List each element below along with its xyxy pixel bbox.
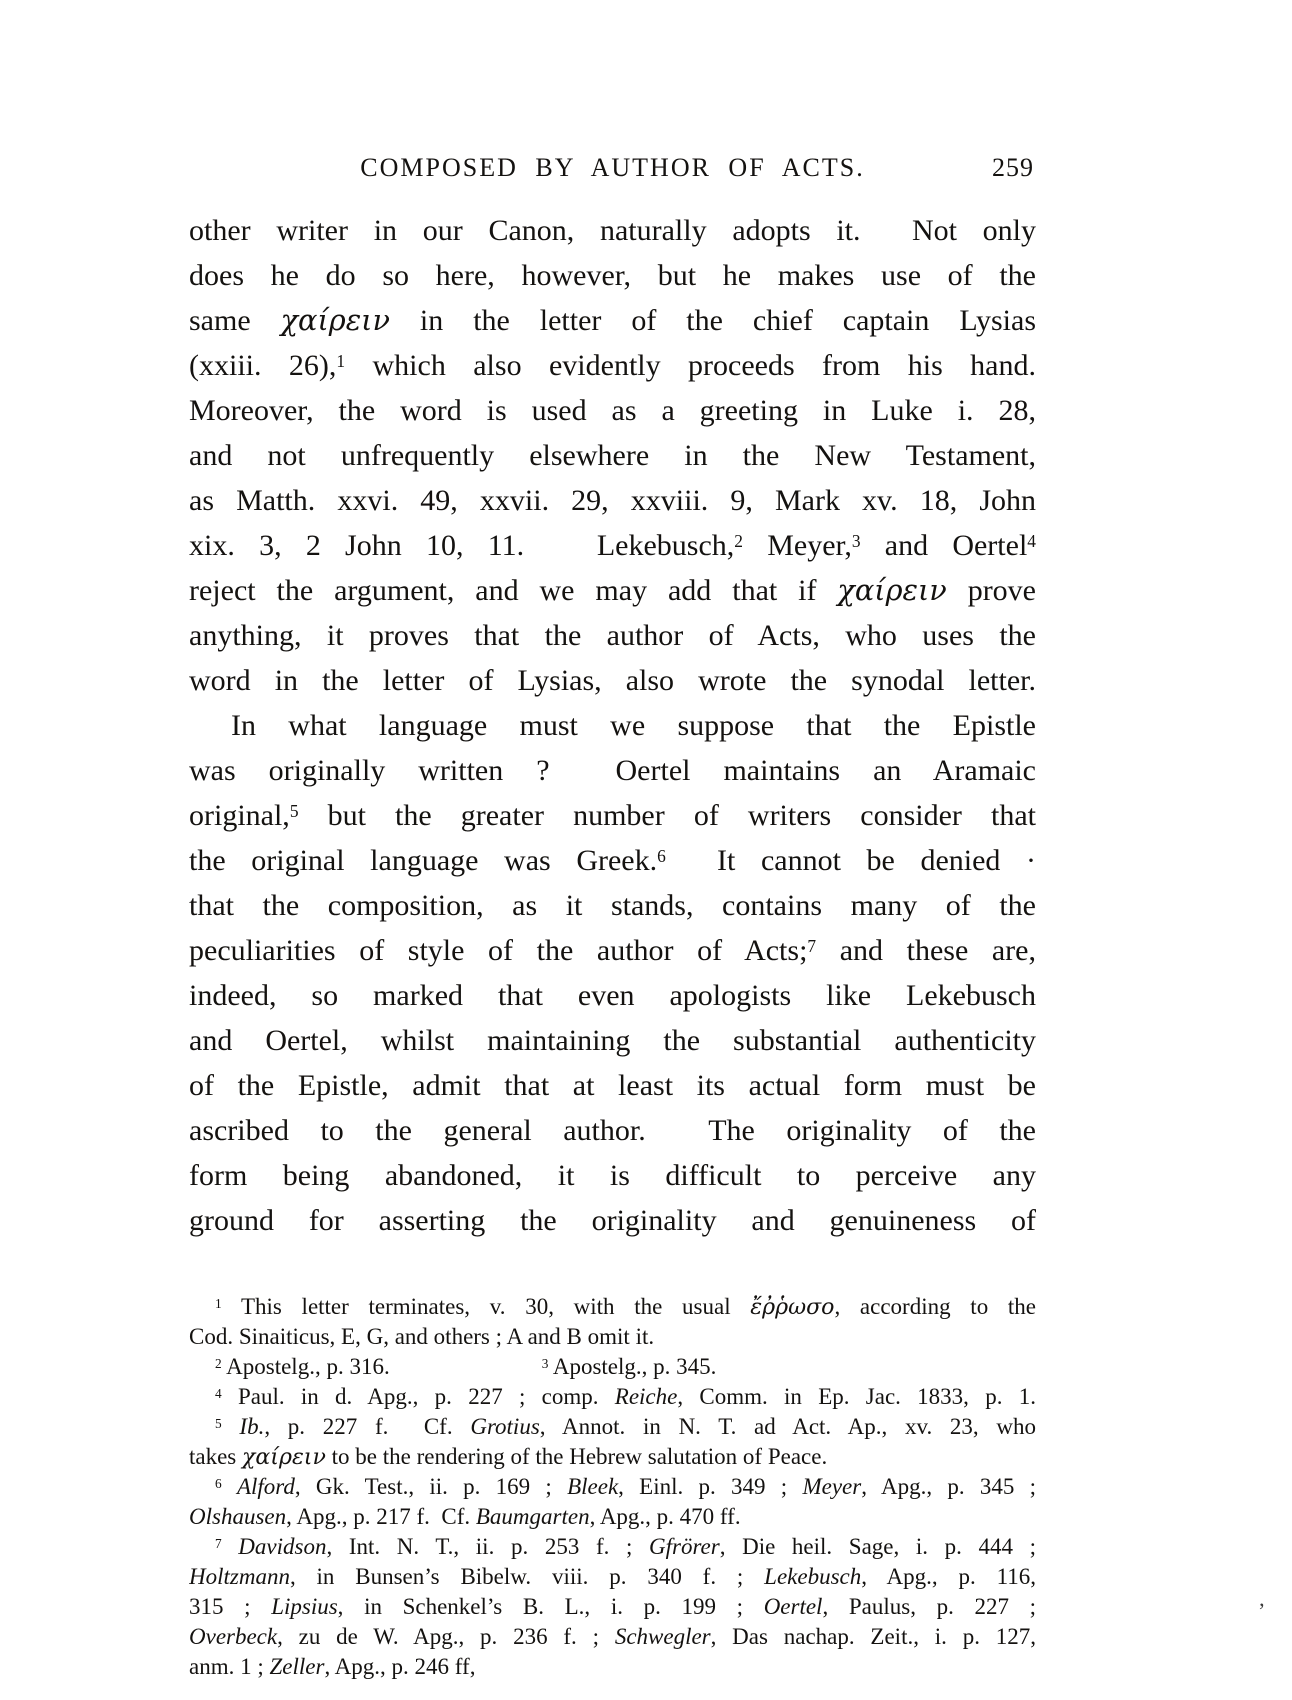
- footnote-line: Holtzmann, in Bunsen’s Bibelw. viii. p. …: [189, 1562, 1036, 1592]
- text-segment: It cannot be denied ·: [666, 844, 1036, 877]
- text-line: reject the argument, and we may add that…: [189, 568, 1036, 613]
- text-line: word in the letter of Lysias, also wrote…: [189, 658, 1036, 703]
- text-line: (xxiii. 26),1 which also evidently proce…: [189, 343, 1036, 388]
- text-segment: reject the argument, and we may add that…: [189, 574, 837, 607]
- italic-name: Alford: [237, 1474, 295, 1499]
- italic-name: Oertel: [764, 1594, 823, 1619]
- page-header-title: COMPOSED BY AUTHOR OF ACTS.: [189, 150, 1036, 186]
- text-segment: but the greater number of writers consid…: [299, 799, 1036, 832]
- text-segment: (xxiii. 26),: [189, 349, 336, 382]
- footnote-line: anm. 1 ; Zeller, Apg., p. 246 ff,: [189, 1652, 1036, 1682]
- footnote-ref: 2: [734, 531, 743, 551]
- text-line: indeed, so marked that even apologists l…: [189, 973, 1036, 1018]
- text-segment: Apostelg., p. 345.: [548, 1354, 716, 1379]
- text-segment: , in Schenkel’s B. L., i. p. 199 ;: [338, 1594, 764, 1619]
- italic-name: Schwegler: [615, 1624, 711, 1649]
- italic-name: Bleek: [567, 1474, 618, 1499]
- text-line: Moreover, the word is used as a greeting…: [189, 388, 1036, 433]
- italic-name: Lekebusch: [764, 1564, 861, 1589]
- footnote-ref: 4: [215, 1386, 222, 1401]
- text-segment: , p. 227 f. Cf.: [264, 1414, 470, 1439]
- footnote-line: takes χαίρειν to be the rendering of the…: [189, 1442, 1036, 1472]
- italic-name: Baumgarten: [476, 1504, 590, 1529]
- footnote-ref: 6: [657, 846, 666, 866]
- body-text: other writer in our Canon, naturally ado…: [189, 208, 1036, 1243]
- text-line: form being abandoned, it is difficult to…: [189, 1153, 1036, 1198]
- text-segment: and not unfrequently elsewhere in the Ne…: [189, 439, 1036, 472]
- text-segment: of the Epistle, admit that at least its …: [189, 1069, 1036, 1102]
- text-segment: , Das nachap. Zeit., i. p. 127,: [711, 1624, 1036, 1649]
- text-segment: This letter terminates, v. 30, with the …: [222, 1294, 751, 1319]
- text-segment: In what language must we suppose that th…: [231, 709, 1036, 742]
- footnote-ref: 6: [215, 1476, 222, 1491]
- text-line: ascribed to the general author. The orig…: [189, 1108, 1036, 1153]
- text-segment: which also evidently proceeds from his h…: [345, 349, 1036, 382]
- text-segment: , in Bunsen’s Bibelw. viii. p. 340 f. ;: [290, 1564, 764, 1589]
- text-segment: , Apg., p. 470 ff.: [590, 1504, 741, 1529]
- text-segment: form being abandoned, it is difficult to…: [189, 1159, 1036, 1192]
- text-segment: Apostelg., p. 316.: [222, 1354, 390, 1379]
- greek-word: ἔῤῥωσο: [750, 1295, 834, 1320]
- footnote-line: Cod. Sinaiticus, E, G, and others ; A an…: [189, 1322, 1036, 1352]
- greek-word: χαίρειν: [837, 573, 946, 607]
- text-line: same χαίρειν in the letter of the chief …: [189, 298, 1036, 343]
- text-segment: to be the rendering of the Hebrew saluta…: [326, 1444, 827, 1469]
- book-page-scan: COMPOSED BY AUTHOR OF ACTS. 259 other wr…: [0, 0, 1292, 1700]
- text-segment: , Die heil. Sage, i. p. 444 ;: [720, 1534, 1036, 1559]
- text-line: other writer in our Canon, naturally ado…: [189, 208, 1036, 253]
- greek-word: χαίρειν: [281, 303, 390, 337]
- text-segment: in the letter of the chief captain Lysia…: [390, 304, 1036, 337]
- italic-name: Reiche: [615, 1384, 678, 1409]
- text-segment: prove: [947, 574, 1036, 607]
- footnote-line: 315 ; Lipsius, in Schenkel’s B. L., i. p…: [189, 1592, 1036, 1622]
- footnote-line: 7 Davidson, Int. N. T., ii. p. 253 f. ; …: [189, 1532, 1036, 1562]
- footnote-line: 1 This letter terminates, v. 30, with th…: [189, 1292, 1036, 1322]
- footnote-ref: 3: [542, 1356, 549, 1371]
- italic-name: Zeller: [270, 1654, 325, 1679]
- text-segment: indeed, so marked that even apologists l…: [189, 979, 1036, 1012]
- footnotes: 1 This letter terminates, v. 30, with th…: [189, 1292, 1036, 1682]
- text-segment: Meyer,: [743, 529, 852, 562]
- italic-name: Holtzmann: [189, 1564, 290, 1589]
- text-segment: the original language was Greek.: [189, 844, 657, 877]
- italic-name: Gfrörer: [649, 1534, 720, 1559]
- text-line: was originally written ? Oertel maintain…: [189, 748, 1036, 793]
- text-segment: as Matth. xxvi. 49, xxvii. 29, xxviii. 9…: [189, 484, 1036, 517]
- text-segment: that the composition, as it stands, cont…: [189, 889, 1036, 922]
- text-segment: other writer in our Canon, naturally ado…: [189, 214, 1036, 247]
- text-segment: same: [189, 304, 281, 337]
- scan-artifact-mark: ’: [1258, 1598, 1265, 1624]
- text-segment: does he do so here, however, but he make…: [189, 259, 1036, 292]
- text-segment: , Annot. in N. T. ad Act. Ap., xv. 23, w…: [540, 1414, 1036, 1439]
- footnote-ref: 2: [215, 1356, 222, 1371]
- text-segment: , Comm. in Ep. Jac. 1833, p. 1.: [677, 1384, 1036, 1409]
- footnote-ref: 1: [215, 1296, 222, 1311]
- italic-name: Olshausen: [189, 1504, 286, 1529]
- footnote-line: 6 Alford, Gk. Test., ii. p. 169 ; Bleek,…: [189, 1472, 1036, 1502]
- footnote-ref: 5: [215, 1416, 222, 1431]
- text-line: and Oertel, whilst maintaining the subst…: [189, 1018, 1036, 1063]
- footnote-ref: 7: [807, 936, 816, 956]
- text-segment: and these are,: [816, 934, 1036, 967]
- footnote-line: 5 Ib., p. 227 f. Cf. Grotius, Annot. in …: [189, 1412, 1036, 1442]
- text-segment: ground for asserting the originality and…: [189, 1204, 1036, 1237]
- text-segment: Moreover, the word is used as a greeting…: [189, 394, 1036, 427]
- text-segment: Paul. in d. Apg., p. 227 ; comp.: [222, 1384, 615, 1409]
- greek-word: χαίρειν: [242, 1445, 326, 1470]
- text-segment: , Apg., p. 246 ff,: [324, 1654, 475, 1679]
- footnote-ref: 3: [852, 531, 861, 551]
- text-segment: , Gk. Test., ii. p. 169 ;: [295, 1474, 567, 1499]
- footnote-line: Olshausen, Apg., p. 217 f. Cf. Baumgarte…: [189, 1502, 1036, 1532]
- text-segment: anm. 1 ;: [189, 1654, 270, 1679]
- italic-name: Lipsius: [271, 1594, 337, 1619]
- text-line: ground for asserting the originality and…: [189, 1198, 1036, 1243]
- text-line: of the Epistle, admit that at least its …: [189, 1063, 1036, 1108]
- text-segment: [222, 1534, 239, 1559]
- text-segment: , Paulus, p. 227 ;: [822, 1594, 1036, 1619]
- text-line: anything, it proves that the author of A…: [189, 613, 1036, 658]
- text-segment: [222, 1474, 237, 1499]
- text-line: that the composition, as it stands, cont…: [189, 883, 1036, 928]
- text-line: does he do so here, however, but he make…: [189, 253, 1036, 298]
- text-segment: , according to the: [834, 1294, 1036, 1319]
- text-segment: anything, it proves that the author of A…: [189, 619, 1036, 652]
- text-segment: ascribed to the general author. The orig…: [189, 1114, 1036, 1147]
- text-segment: , Apg., p. 345 ;: [861, 1474, 1036, 1499]
- text-segment: , Int. N. T., ii. p. 253 f. ;: [326, 1534, 649, 1559]
- footnote-ref: 5: [290, 801, 299, 821]
- text-segment: word in the letter of Lysias, also wrote…: [189, 664, 1036, 697]
- running-header: COMPOSED BY AUTHOR OF ACTS. 259: [189, 150, 1036, 186]
- text-segment: , Apg., p. 217 f. Cf.: [286, 1504, 476, 1529]
- text-segment: xix. 3, 2 John 10, 11. Lekebusch,: [189, 529, 734, 562]
- italic-name: Grotius: [470, 1414, 539, 1439]
- footnote-ref: 1: [336, 351, 345, 371]
- text-segment: takes: [189, 1444, 242, 1469]
- text-segment: peculiarities of style of the author of …: [189, 934, 807, 967]
- text-segment: , Einl. p. 349 ;: [618, 1474, 802, 1499]
- text-line: In what language must we suppose that th…: [189, 703, 1036, 748]
- text-line: peculiarities of style of the author of …: [189, 928, 1036, 973]
- page-number: 259: [992, 150, 1034, 186]
- italic-name: Ib.: [239, 1414, 264, 1439]
- text-segment: 315 ;: [189, 1594, 271, 1619]
- text-segment: original,: [189, 799, 290, 832]
- footnote-line: 2 Apostelg., p. 316.3 Apostelg., p. 345.: [189, 1352, 1036, 1382]
- footnote-line: 4 Paul. in d. Apg., p. 227 ; comp. Reich…: [189, 1382, 1036, 1412]
- footnote-ref: 4: [1027, 531, 1036, 551]
- text-segment: was originally written ? Oertel maintain…: [189, 754, 1036, 787]
- text-line: xix. 3, 2 John 10, 11. Lekebusch,2 Meyer…: [189, 523, 1036, 568]
- italic-name: Davidson: [238, 1534, 326, 1559]
- footnote-line: Overbeck, zu de W. Apg., p. 236 f. ; Sch…: [189, 1622, 1036, 1652]
- text-segment: and Oertel: [861, 529, 1028, 562]
- text-segment: , zu de W. Apg., p. 236 f. ;: [277, 1624, 615, 1649]
- italic-name: Meyer: [802, 1474, 861, 1499]
- italic-name: Overbeck: [189, 1624, 277, 1649]
- text-segment: and Oertel, whilst maintaining the subst…: [189, 1024, 1036, 1057]
- text-segment: [222, 1414, 240, 1439]
- text-line: and not unfrequently elsewhere in the Ne…: [189, 433, 1036, 478]
- text-line: the original language was Greek.6 It can…: [189, 838, 1036, 883]
- text-line: as Matth. xxvi. 49, xxvii. 29, xxviii. 9…: [189, 478, 1036, 523]
- text-segment: , Apg., p. 116,: [861, 1564, 1036, 1589]
- text-line: original,5 but the greater number of wri…: [189, 793, 1036, 838]
- footnote-ref: 7: [215, 1536, 222, 1551]
- text-segment: Cod. Sinaiticus, E, G, and others ; A an…: [189, 1324, 654, 1349]
